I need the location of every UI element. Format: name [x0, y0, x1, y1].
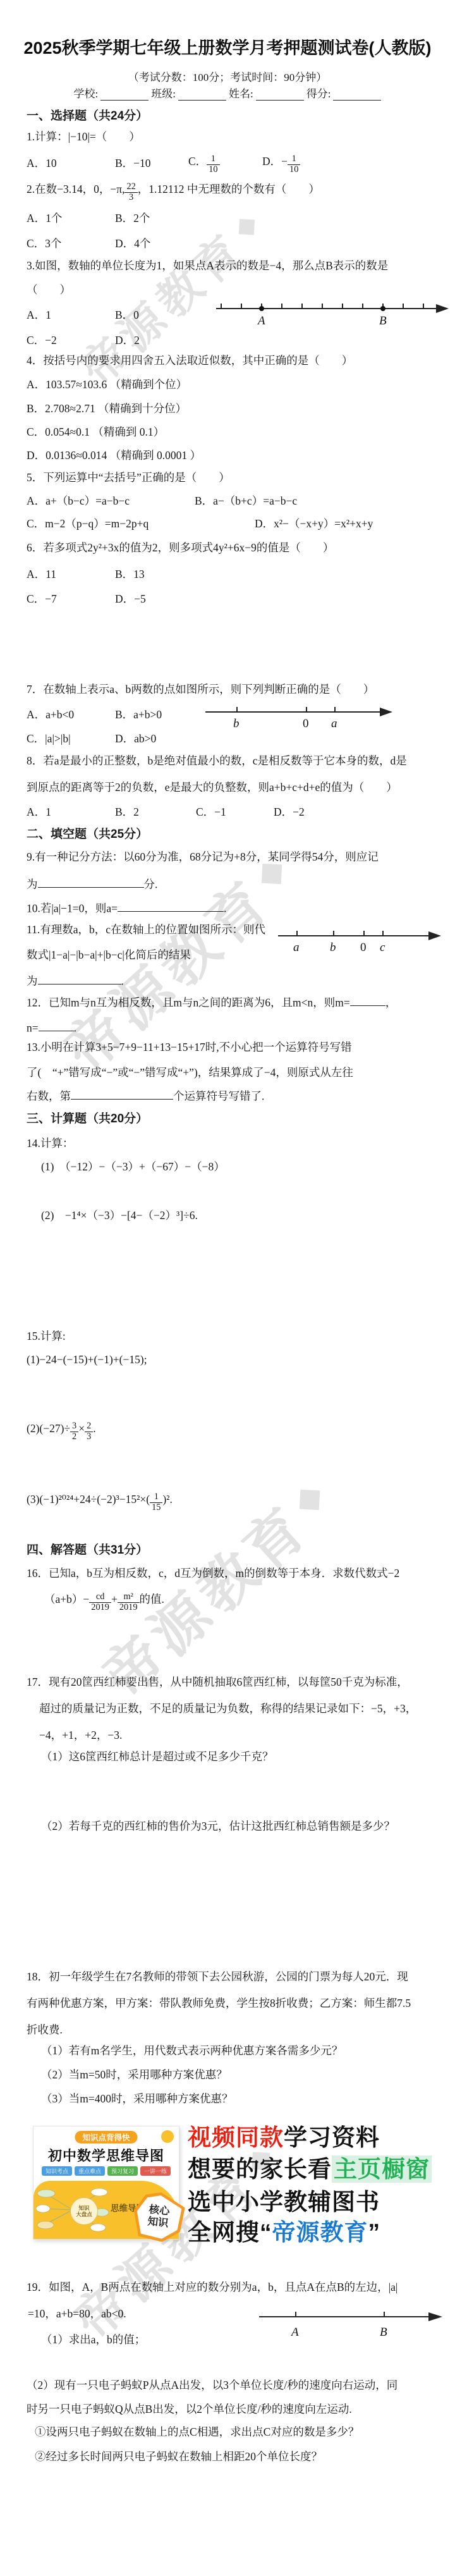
q3-option-d: D．2: [115, 334, 140, 348]
q3-option-b: B．0: [115, 309, 139, 322]
book-cover-art: 知识 大盘点 思维导图 核心 知识: [33, 2181, 179, 2239]
q1-option-c: C．110: [188, 154, 220, 175]
q18-line3: 折收费.: [27, 2023, 63, 2037]
q1-option-d-fraction: 110: [288, 154, 300, 175]
q10-line: 10.若|a|−1=0，则a=.: [27, 900, 226, 916]
q15-part2-post: .: [93, 1422, 95, 1435]
circle-badge-line2: 大盘点: [76, 2211, 92, 2217]
point-b-label: b: [330, 941, 336, 954]
q15-fraction-1: 32: [70, 1421, 78, 1442]
point-B-label: B: [379, 314, 387, 328]
q16-line1: 16．已知a，b互为相反数，c，d互为倒数，m的倒数等于本身．求数代数式−2: [27, 1567, 399, 1581]
q4-stem: 4．按括号内的要求用四舍五入法取近似数，其中正确的是（ ）: [27, 354, 353, 368]
q5-option-c: C．m−2（p−q）=m−2p+q: [27, 517, 149, 531]
q1-option-c-label: C．: [188, 155, 207, 168]
circle-badge-line1: 知识: [78, 2205, 89, 2211]
fraction-numerator: m²: [118, 1592, 140, 1603]
q11-line1: 11.有理数a，b，c在数轴上的位置如图所示：则代: [27, 923, 265, 937]
q17-part1: （1）这6筐西红柿总计是超过或不足多少千克？: [41, 1750, 274, 1764]
point-A-dot: [259, 306, 264, 311]
q11-answer-blank: [38, 972, 121, 984]
score-label: 得分:: [306, 85, 331, 101]
q15-part3-post: )².: [162, 1493, 172, 1506]
ad-line2-rest: 想要的家长看: [188, 2156, 332, 2182]
q12-line1-post: ，: [385, 996, 397, 1009]
q4-option-a: A．103.57≈103.6 （精确到个位）: [27, 378, 187, 392]
q13-line3-post: 个运算符号写错了.: [173, 1089, 264, 1102]
q19-sub2: ②经过多长时间两只电子蚂蚁在数轴上相距20个单位长度？: [35, 2450, 322, 2464]
q16-line2-post: 的值.: [140, 1593, 164, 1605]
fraction-numerator: 2: [85, 1421, 93, 1432]
exam-paper-page: 帝源教育◆ 帝源教育◆ 帝源教育◆ 帝源教育◆ 2025秋季学期七年级上册数学月…: [0, 0, 455, 2576]
origin-label: 0: [303, 717, 309, 730]
book-pill-3: 预习复习: [107, 2166, 138, 2176]
q15-part2: (2)(−27)÷32×23.: [27, 1421, 96, 1442]
point-b-label: b: [233, 717, 240, 730]
ad-line4-quote-open: “: [260, 2219, 272, 2245]
fraction-denominator: 15: [150, 1503, 162, 1513]
q7-stem: 7．在数轴上表示a、b两数的点如图所示，则下列判断正确的是（ ）: [27, 683, 374, 697]
q1-option-a: A．10: [27, 157, 57, 171]
q5-stem: 5．下列运算中“去括号”正确的是（ ）: [27, 471, 230, 485]
ad-line2-highlight: 主页橱窗: [332, 2156, 432, 2183]
q14-label: 14.计算：: [27, 1137, 73, 1151]
exam-meta: （考试分数：100分；考试时间：90分钟）: [0, 68, 455, 84]
ad-line-1: 视频同款学习资料: [188, 2118, 380, 2152]
q15-fraction-3: 115: [150, 1492, 162, 1513]
book-title: 初中数学思维导图: [33, 2145, 179, 2165]
q15-part3: (3)(−1)²⁰²⁴+24÷(−2)³−15²×(115)².: [27, 1492, 173, 1513]
q17-line2: 超过的质量记为正数，不足的质量记为负数，称得的结果记录如下：−5，+3，: [39, 1702, 416, 1716]
ad-line4-quote-close: ”: [368, 2219, 381, 2245]
q7-option-b: B．a+b>0: [115, 708, 162, 722]
fraction-denominator: 3: [85, 1432, 93, 1442]
q16-line2: （a+b）−cd2019+m²2019的值.: [44, 1592, 164, 1613]
q6-stem: 6．若多项式2y²+3x的值为2，则多项式4y²+6x−9的值是（ ）: [27, 541, 334, 555]
q16-fraction-2: m²2019: [118, 1592, 140, 1613]
point-B-label: B: [380, 2326, 387, 2339]
q13-line2: 了( “+”错写成“−”或“−”错写成“+”)，结果算成了−4，则原式从左往: [27, 1066, 353, 1080]
class-label: 班级:: [151, 85, 176, 101]
q2-option-d: D．4个: [115, 237, 150, 251]
q5-option-a: A．a+（b−c）=a−b−c: [27, 494, 130, 508]
q3-answer-paren: （ ）: [27, 283, 71, 297]
ad-line-3: 选中小学教辅图书: [188, 2183, 380, 2217]
q12-line2-post: .: [74, 1021, 76, 1034]
book-feature-pills: 知识考点 重点难点 预习复习 一讲一练: [33, 2166, 179, 2176]
fraction-denominator: 10: [207, 165, 219, 175]
q12-line1-pre: 12．已知m与n互为相反数，且m与n之间的距离为6，且m<n，则m=: [27, 996, 350, 1009]
q18-part2: （2）当m=50时，采用哪种方案优惠？: [41, 2068, 227, 2082]
fraction-numerator: 3: [70, 1421, 78, 1432]
ad-line-2: 想要的家长看主页橱窗: [188, 2150, 432, 2184]
fraction-denominator: 3: [124, 193, 137, 203]
q2-stem: 2.在数−3.14，0，−π,223，1.12112 中无理数的个数有（ ）: [27, 182, 320, 203]
q12-m-blank: [350, 994, 385, 1006]
q19-sub1: ①设两只电子蚂蚁在数轴上的点C相遇，求出点C对应的数是多少？: [35, 2426, 359, 2439]
ad-line4-pre: 全网搜: [188, 2219, 260, 2245]
q9-line2: 为分.: [27, 876, 157, 892]
q2-fraction: 223: [124, 182, 137, 203]
q2-option-a: A．1个: [27, 212, 62, 226]
fraction-denominator: 2019: [118, 1603, 140, 1613]
q19-line2: =10，a+b=80，ab<0.: [28, 2307, 126, 2321]
point-a-label: a: [293, 941, 300, 954]
section4-heading: 四、解答题（共31分）: [27, 1543, 148, 1558]
fraction-denominator: 2: [70, 1432, 78, 1442]
q8-option-c: C．−1: [196, 806, 226, 819]
q17-part2: （2）若每千克的西红柿的售价为3元，估计这批西红柿总销售额是多少？: [41, 1820, 395, 1834]
fraction-numerator: 1: [150, 1492, 162, 1503]
q14-part2: (2) −1⁴×（−3）−[4−（−2）³]÷6.: [41, 1209, 198, 1223]
point-B-dot: [380, 306, 385, 311]
q15-label: 15.计算:: [27, 1330, 66, 1344]
q15-part1: (1)−24−(−15)+(−1)+(−15);: [27, 1353, 147, 1367]
q8-stem-line2: 到原点的距离等于2的负数，e是最大的负整数，则a+b+c+d+e的值为（ ）: [27, 781, 397, 795]
book-pill-4: 一讲一练: [140, 2166, 171, 2176]
q1-option-c-fraction: 110: [207, 154, 219, 175]
q18-line2: 有两种优惠方案，甲方案：带队教师免费，学生按8折收费；乙方案：师生都7.5: [27, 1997, 411, 2011]
corner-sticker-icon: [161, 2130, 174, 2143]
score-blank: [333, 89, 381, 101]
q15-fraction-2: 23: [85, 1421, 93, 1442]
q2-stem-post: ，1.12112 中无理数的个数有（ ）: [138, 183, 320, 195]
q12-n-blank: [39, 1019, 74, 1031]
q10-answer-blank: [118, 900, 224, 912]
q1-option-d: D．−110: [262, 154, 300, 175]
q19-line1: 19．如图，A，B两点在数轴上对应的数分别为a，b，且点A在点B的左边，|a|: [27, 2281, 397, 2295]
student-info-row: 学校: 班级: 姓名: 得分:: [0, 85, 455, 101]
fraction-numerator: cd: [89, 1592, 111, 1603]
q5-option-b: B．a−（b+c）=a−b−c: [195, 494, 297, 508]
book-badge: 知识点背得快: [75, 2131, 137, 2144]
q12-line1: 12．已知m与n互为相反数，且m与n之间的距离为6，且m<n，则m=，: [27, 994, 396, 1010]
fraction-denominator: 2019: [89, 1603, 111, 1613]
q10-pre: 10.若|a|−1=0，则a=: [27, 902, 118, 914]
section2-heading: 二、填空题（共25分）: [27, 827, 148, 842]
q2-option-b: B．2个: [115, 212, 150, 226]
q19-part1: （1）求出a，b的值；: [41, 2333, 145, 2347]
q14-part1: (1) （−12）−（−3）+（−67）−（−8）: [41, 1160, 225, 1174]
q11-line2: 数式|1−a|−|b−a|+|b−c|化简后的结果: [27, 948, 191, 962]
ad-brand-name: 帝源教育: [272, 2219, 368, 2245]
q4-option-b: B．2.708≈2.71 （精确到十分位）: [27, 402, 186, 416]
q9-answer-blank: [38, 876, 144, 888]
school-label: 学校:: [74, 85, 99, 101]
q9-line1: 9.有一种记分方法：以60分为准，68分记为+8分，某同学得54分，则应记: [27, 850, 379, 864]
q9-line2-post: 分.: [144, 878, 158, 890]
q3-number-line: A B: [215, 296, 450, 331]
ad-line-4: 全网搜“帝源教育”: [188, 2213, 380, 2247]
book-pill-2: 重点难点: [75, 2166, 105, 2176]
hex-badge-line2: 知识: [147, 2216, 169, 2229]
fraction-numerator: 1: [207, 154, 219, 165]
q8-option-d: D．−2: [274, 806, 305, 819]
q17-line3: −4，+1，+2，−3.: [39, 1729, 122, 1743]
q1-option-b: B．−10: [115, 157, 151, 171]
q13-line3: 右数，第个运算符号写错了.: [27, 1088, 264, 1103]
q1-stem: 1.计算：|−10|=（ ）: [27, 130, 140, 144]
book-cover: 知识点背得快 初中数学思维导图 知识考点 重点难点 预习复习 一讲一练 知识: [33, 2126, 179, 2240]
q18-part1: （1）若有m名学生，用代数式表示两种优惠方案各需多少元？: [41, 2044, 343, 2058]
ad-line1-highlight: 视频同款: [188, 2125, 284, 2150]
school-blank: [100, 89, 149, 101]
name-blank: [256, 89, 304, 101]
q11-line3: 为.: [27, 972, 124, 988]
q6-option-c: C．−7: [27, 592, 57, 606]
q2-stem-pre: 2.在数−3.14，0，−π,: [27, 183, 124, 195]
q13-line3-pre: 右数，第: [27, 1089, 71, 1102]
q12-line2: n=.: [27, 1019, 76, 1035]
q3-stem: 3.如图，数轴的单位长度为1，如果点A表示的数是−4，那么点B表示的数是: [27, 259, 388, 273]
circle-badge: 知识 大盘点: [70, 2197, 98, 2225]
q15-part3-pre: (3)(−1)²⁰²⁴+24÷(−2)³−15²×(: [27, 1493, 150, 1506]
fraction-denominator: 10: [288, 165, 300, 175]
q4-option-c: C．0.054≈0.1 （精确到 0.1）: [27, 426, 164, 439]
page-title: 2025秋季学期七年级上册数学月考押题测试卷(人教版): [0, 34, 455, 59]
q4-option-d: D．0.0136≈0.014 （精确到 0.0001 ）: [27, 449, 201, 463]
q3-option-c: C．−2: [27, 334, 57, 348]
q2-option-c: C．3个: [27, 237, 61, 251]
q5-option-d: D．x²−（−x+y）=x²+x+y: [255, 517, 373, 531]
ad-line1-rest: 学习资料: [284, 2125, 380, 2150]
q6-option-d: D．−5: [115, 592, 146, 606]
q11-line3-pre: 为: [27, 974, 38, 987]
right-arrow-icon: [380, 708, 392, 716]
q9-line2-pre: 为: [27, 878, 38, 890]
point-c-label: c: [380, 941, 385, 954]
point-a-label: a: [331, 717, 337, 730]
q17-line1: 17．现有20筐西红柿要出售，从中随机抽取6筐西红柿，以每筐50千克为标准，: [27, 1676, 408, 1690]
q16-line2-mid: +: [111, 1593, 118, 1605]
q13-line1: 13.小明在计算3+5−7+9−11+13−15+17时,不小心把一个运算符号写…: [27, 1041, 352, 1055]
point-A-label: A: [257, 314, 265, 328]
q6-option-b: B．13: [115, 568, 145, 582]
q8-option-a: A．1: [27, 806, 51, 819]
q7-option-c: C．|a|>|b|: [27, 732, 71, 746]
q7-option-a: A．a+b<0: [27, 708, 74, 722]
core-knowledge-badge: 核心 知识: [131, 2190, 186, 2244]
right-arrow-icon: [428, 2312, 442, 2321]
name-label: 姓名:: [229, 85, 253, 101]
q19-number-line: A B: [258, 2307, 449, 2343]
section3-heading: 三、计算题（共20分）: [27, 1112, 148, 1127]
q3-option-a: A．1: [27, 309, 51, 322]
q19-part2-line2: 时另一只电子蚂蚁Q从点B出发，以2个单位长度/秒的速度向左运动.: [27, 2403, 352, 2417]
q18-line1: 18．初一年级学生在7名教师的带领下去公园秋游，公园的门票为每人20元．现: [27, 1970, 408, 1984]
q16-fraction-1: cd2019: [89, 1592, 111, 1613]
fraction-numerator: 1: [288, 154, 300, 165]
point-A-label: A: [290, 2326, 299, 2339]
q16-line2-pre: （a+b）−: [44, 1593, 89, 1605]
q11-number-line: a b 0 c: [278, 924, 444, 957]
origin-label: 0: [360, 941, 367, 954]
section1-heading: 一、选择题（共24分）: [27, 109, 148, 124]
q15-part2-mid: ×: [78, 1422, 85, 1435]
q15-part2-pre: (2)(−27)÷: [27, 1422, 70, 1435]
q10-post: .: [224, 902, 226, 914]
right-arrow-icon: [428, 931, 441, 940]
q8-stem-line1: 8．若a是最小的正整数，b是绝对值最小的数，c是相反数等于它本身的数，d是: [27, 754, 407, 768]
q19-part2-line1: （2）现有一只电子蚂蚁P从点A出发，以3个单位长度/秒的速度向右运动，同: [27, 2379, 397, 2393]
q12-line2-pre: n=: [27, 1021, 39, 1034]
q1-option-d-label: D．−: [262, 155, 288, 168]
q7-option-d: D．ab>0: [115, 732, 156, 746]
book-pill-1: 知识考点: [42, 2166, 72, 2176]
q13-answer-blank: [71, 1088, 173, 1100]
q18-part3: （3）当m=400时，采用哪种方案优惠？: [41, 2092, 233, 2106]
fraction-numerator: 22: [124, 182, 137, 193]
q7-number-line: b 0 a: [205, 701, 395, 733]
q11-line3-post: .: [121, 974, 124, 987]
right-arrow-icon: [436, 304, 449, 313]
class-blank: [178, 89, 226, 101]
q6-option-a: A．11: [27, 568, 56, 582]
q8-option-b: B．2: [115, 806, 139, 819]
